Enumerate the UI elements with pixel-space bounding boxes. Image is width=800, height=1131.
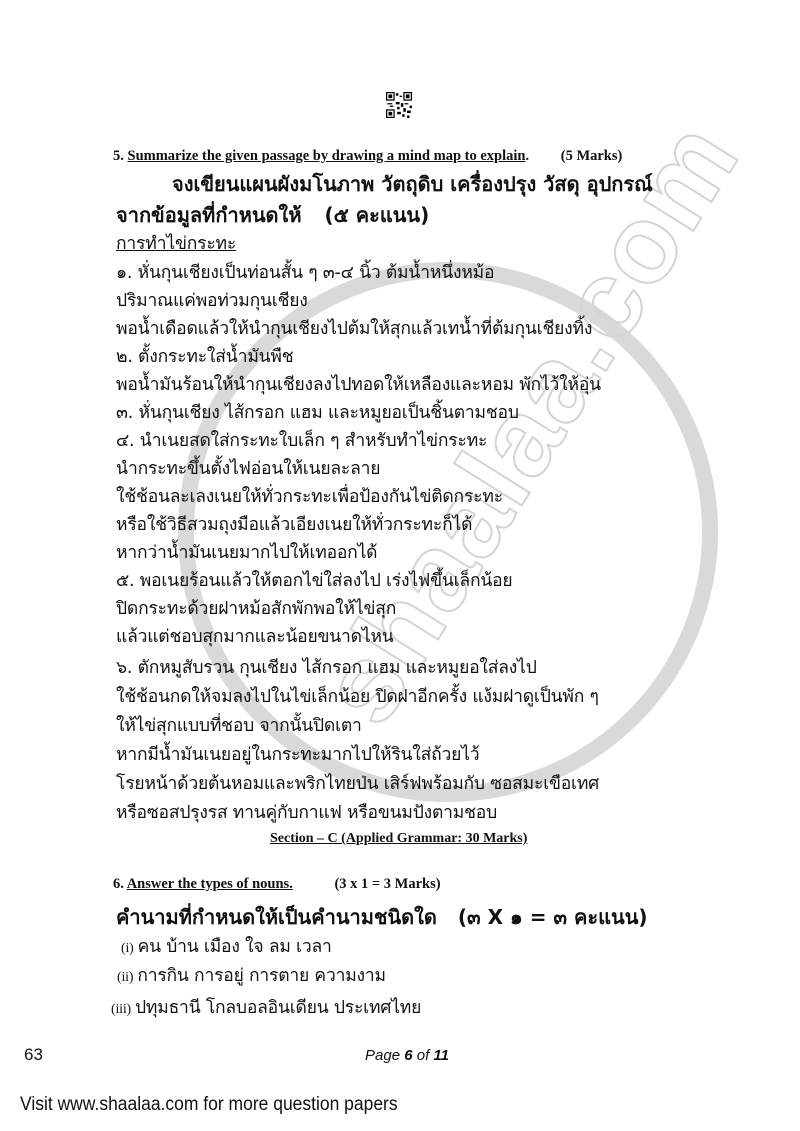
question5-thai-instruction-text: จากข้อมูลที่กำหนดให้ [116, 203, 302, 227]
page-current: 6 [404, 1047, 412, 1064]
visit-link-text[interactable]: Visit www.shaalaa.com for more question … [20, 1094, 398, 1116]
question6-instruction: Answer the types of nouns. [127, 876, 293, 892]
passage-line: ปิดกระทะด้วยฝาหม้อสักพักพอให้ไข่สุก [116, 594, 396, 622]
question6-thai-marks: (๓ X ๑ = ๓ คะแนน) [458, 905, 648, 929]
item-label: (ii) [117, 970, 133, 985]
question6-item: (ii)การกิน การอยู่ การตาย ความงาม [117, 961, 386, 989]
item-label: (i) [121, 941, 134, 956]
page-total: 11 [433, 1047, 449, 1064]
passage-line: ใช้ช้อนกดให้จมลงไปในไข่เล็กน้อย ปิดฝาอีก… [116, 682, 599, 710]
question5-thai-marks: (๕ คะแนน) [324, 203, 429, 227]
passage-line: ๔. นำเนยสดใส่กระทะใบเล็ก ๆ สำหรับทำไข่กร… [116, 426, 487, 454]
passage-line: ปริมาณแค่พอท่วมกุนเชียง [116, 286, 308, 314]
exam-page: shaalaa.com 5. Summarize the given passa… [0, 0, 800, 1131]
page-of: of [417, 1047, 430, 1064]
question6-heading: 6. Answer the types of nouns. (3 x 1 = 3… [113, 876, 441, 893]
passage-line: ๒. ตั้งกระทะใส่น้ำมันพืช [116, 342, 293, 370]
page-indicator: Page 6 of 11 [365, 1047, 449, 1064]
passage-line: พอน้ำมันร้อนให้นำกุนเชียงลงไปทอดให้เหลือ… [116, 370, 601, 398]
item-text: คน บ้าน เมือง ใจ ลม เวลา [138, 937, 332, 957]
passage-line: หรือซอสปรุงรส ทานคู่กับกาแฟ หรือขนมปังตา… [116, 798, 497, 826]
item-text: การกิน การอยู่ การตาย ความงาม [137, 966, 386, 986]
passage-line: หากว่าน้ำมันเนยมากไปให้เทออกได้ [116, 538, 377, 566]
question5-marks: (5 Marks) [561, 148, 623, 164]
page-prefix: Page [365, 1047, 400, 1064]
passage-line: ให้ไข่สุกแบบที่ชอบ จากนั้นปิดเตา [116, 711, 362, 739]
passage-line: แล้วแต่ชอบสุกมากและน้อยขนาดไหน [116, 622, 394, 650]
question5-thai-instruction-line1: จงเขียนแผนผังมโนภาพ วัตถุดิบ เครื่องปรุง… [172, 168, 653, 200]
passage-line: หรือใช้วิธีสวมถุงมือแล้วเอียงเนยให้ทั่วก… [116, 510, 472, 538]
question5-instruction: Summarize the given passage by drawing a… [128, 148, 526, 164]
question5-heading: 5. Summarize the given passage by drawin… [113, 148, 622, 165]
passage-line: ๖. ตักหมูสับรวน กุนเชียง ไส้กรอก แฮม และ… [116, 653, 537, 681]
passage-line: นำกระทะขึ้นตั้งไฟอ่อนให้เนยละลาย [116, 454, 380, 482]
question6-thai-instruction: คำนามที่กำหนดให้เป็นคำนามชนิดใด (๓ X ๑ =… [116, 901, 648, 933]
question5-number: 5. [113, 148, 124, 164]
passage-line: พอน้ำเดือดแล้วให้นำกุนเชียงไปต้มให้สุกแล… [116, 314, 592, 342]
passage-line: ใช้ช้อนละเลงเนยให้ทั่วกระทะเพื่อป้องกันไ… [116, 482, 503, 510]
question6-item: (i)คน บ้าน เมือง ใจ ลม เวลา [121, 932, 332, 960]
paper-code: 63 [24, 1045, 43, 1065]
question5-period: . [525, 148, 529, 164]
passage-line: ๕. พอเนยร้อนแล้วให้ตอกไข่ใส่ลงไป เร่งไฟข… [116, 566, 512, 594]
qr-code-icon [386, 92, 412, 118]
section-c-title: Section – C (Applied Grammar: 30 Marks) [270, 831, 527, 847]
passage-line: โรยหน้าด้วยต้นหอมและพริกไทยป่น เสิร์ฟพร้… [116, 769, 599, 797]
question6-thai-instruction-text: คำนามที่กำหนดให้เป็นคำนามชนิดใด [116, 905, 437, 929]
item-text: ปทุมธานี โกลบอลอินเดียน ประเทศไทย [135, 998, 421, 1018]
question6-marks: (3 x 1 = 3 Marks) [334, 876, 440, 892]
item-label: (iii) [111, 1002, 131, 1017]
question6-number: 6. [113, 876, 124, 892]
passage-title: การทำไข่กระทะ [116, 229, 236, 257]
passage-line: ๑. หั่นกุนเชียงเป็นท่อนสั้น ๆ ๓-๔ นิ้ว ต… [116, 258, 494, 286]
question5-thai-instruction-line2: จากข้อมูลที่กำหนดให้ (๕ คะแนน) [116, 199, 429, 231]
passage-line: ๓. หั่นกุนเชียง ไส้กรอก แฮม และหมูยอเป็น… [116, 398, 519, 426]
passage-line: หากมีน้ำมันเนยอยู่ในกระทะมากไปให้รินใส่ถ… [116, 740, 479, 768]
question6-item: (iii)ปทุมธานี โกลบอลอินเดียน ประเทศไทย [111, 993, 421, 1021]
